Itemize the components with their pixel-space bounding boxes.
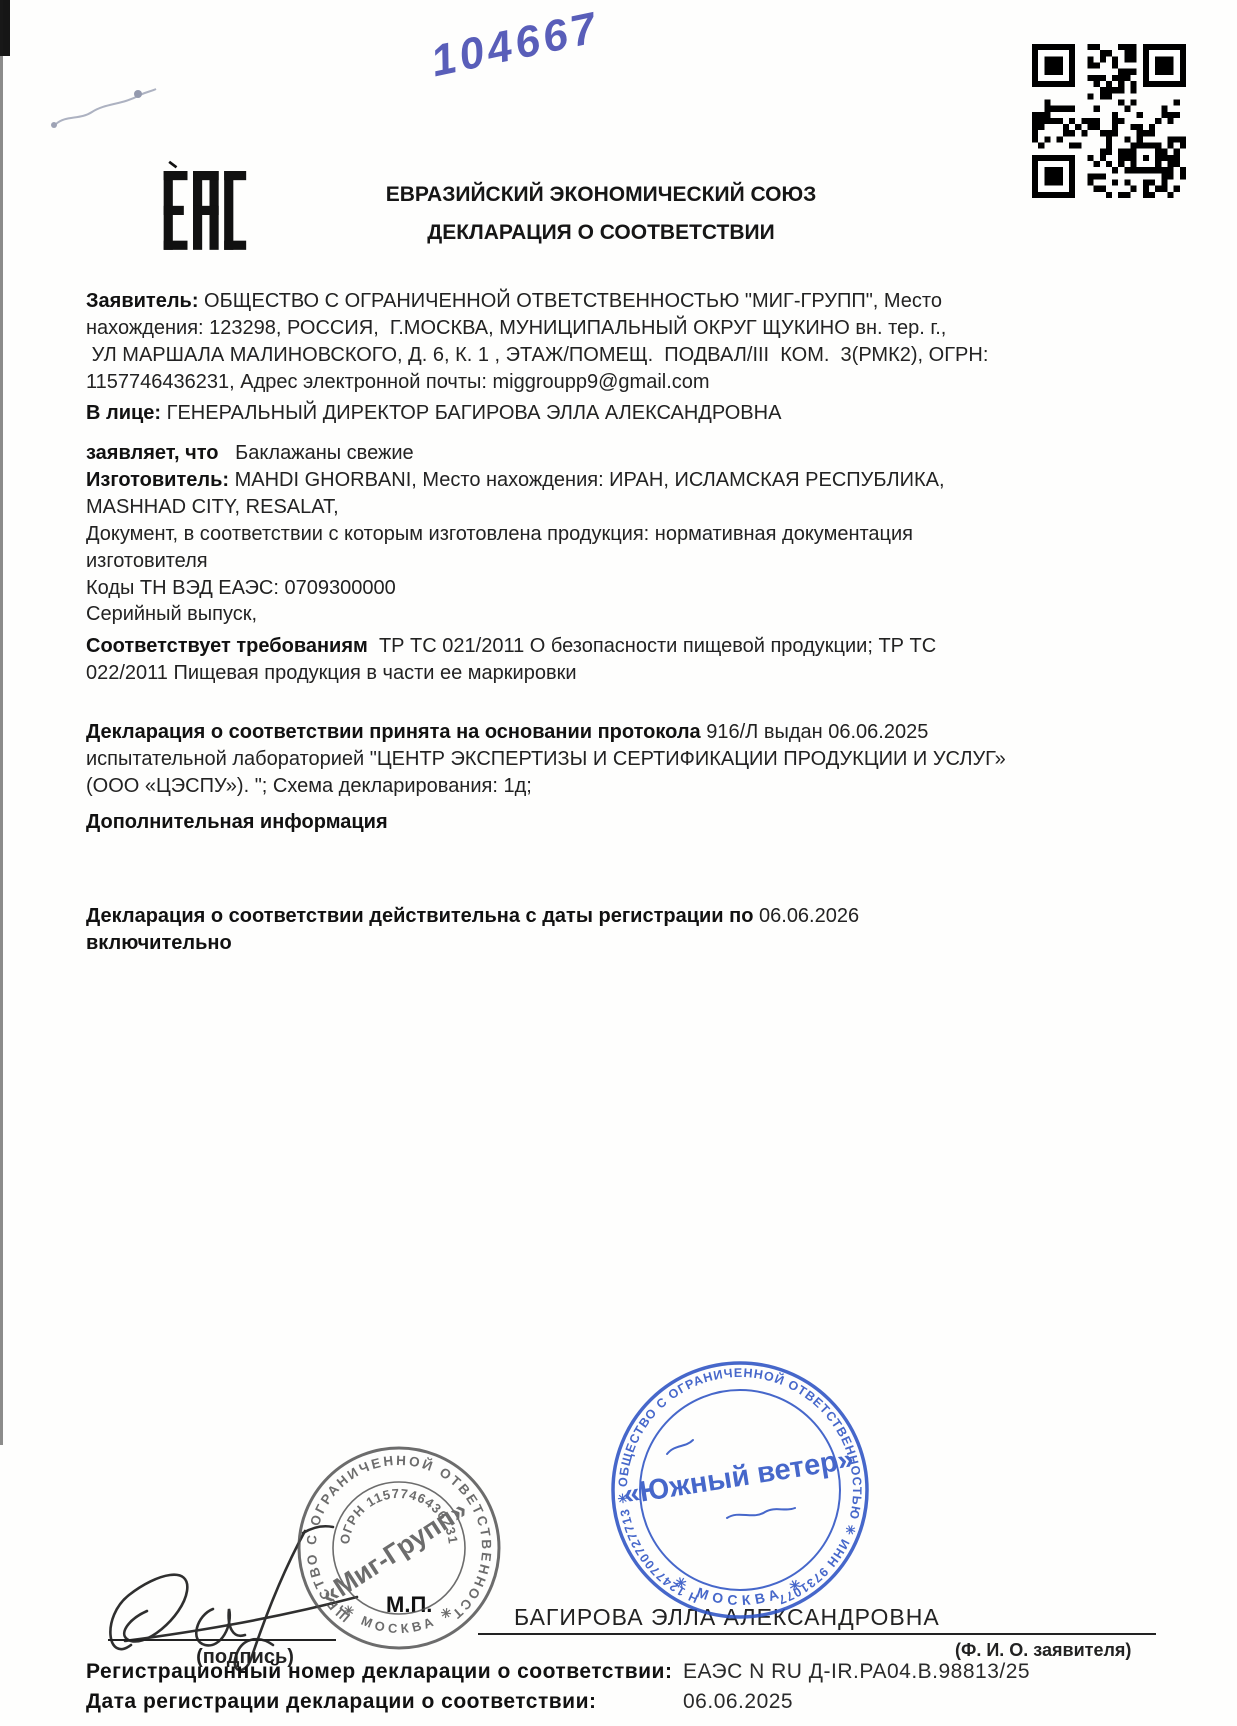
in-person-label: В лице: xyxy=(86,402,161,424)
applicant-full-name: БАГИРОВА ЭЛЛА АЛЕКСАНДРОВНА xyxy=(514,1604,940,1631)
basis-label: Декларация о соответствии принята на осн… xyxy=(86,721,701,743)
validity-paragraph: Декларация о соответствии действительна … xyxy=(86,903,1161,957)
blue-pen-marks xyxy=(667,1440,795,1518)
blue-stamp-ring-text: ОГРН 1247700727713 ✳ ОБЩЕСТВО С ОГРАНИЧЕ… xyxy=(600,1350,864,1607)
document-title: ДЕКЛАРАЦИЯ О СООТВЕТСТВИИ xyxy=(86,221,1116,245)
requirements-label: Соответствует требованиям xyxy=(86,635,368,657)
declares-label: заявляет, что xyxy=(86,442,219,464)
declares-text: Баклажаны свежие xyxy=(219,442,414,464)
union-title: ЕВРАЗИЙСКИЙ ЭКОНОМИЧЕСКИЙ СОЮЗ xyxy=(86,183,1116,207)
manufacturer-paragraph: Изготовитель: MAHDI GHORBANI, Место нахо… xyxy=(86,467,1161,521)
signature-line xyxy=(108,1639,336,1641)
handwritten-number: 104667 xyxy=(427,3,604,87)
blue-stamp-city-text: ✳ МОСКВА ✳ xyxy=(672,1573,809,1608)
reg-number-value: ЕАЭС N RU Д-IR.РА04.В.98813/25 xyxy=(683,1660,1030,1684)
qr-code xyxy=(1032,44,1186,203)
svg-text:✳ МОСКВА ✳: ✳ МОСКВА ✳ xyxy=(672,1573,809,1608)
basis-paragraph: Декларация о соответствии принята на осн… xyxy=(86,719,1161,800)
declaration-document: { "header": { "handwritten_number": "104… xyxy=(0,0,1237,1726)
manufacturer-label: Изготовитель: xyxy=(86,469,229,491)
stamp-place-label: М.П. xyxy=(386,1592,432,1618)
applicant-text: ОБЩЕСТВО С ОГРАНИЧЕННОЙ ОТВЕТСТВЕННОСТЬЮ… xyxy=(86,290,988,393)
pen-scribble xyxy=(38,72,168,136)
scan-edge-line xyxy=(0,0,3,1445)
product-doc-paragraph: Документ, в соответствии с которым изгот… xyxy=(86,521,1161,575)
tnved-paragraph: Коды ТН ВЭД ЕАЭС: 0709300000 xyxy=(86,575,1161,602)
reg-date-label: Дата регистрации декларации о соответств… xyxy=(86,1690,597,1714)
validity-date: 06.06.2026 xyxy=(753,905,859,927)
declares-paragraph: заявляет, что Баклажаны свежие xyxy=(86,440,1161,467)
fio-line xyxy=(478,1633,1156,1635)
reg-date-value: 06.06.2025 xyxy=(683,1690,793,1714)
svg-text:ОГРН 1247700727713 ✳ ОБЩЕСТВО: ОГРН 1247700727713 ✳ ОБЩЕСТВО С ОГРАНИЧЕ… xyxy=(600,1350,864,1607)
blue-round-stamp: ОГРН 1247700727713 ✳ ОБЩЕСТВО С ОГРАНИЧЕ… xyxy=(600,1350,880,1630)
in-person-text: ГЕНЕРАЛЬНЫЙ ДИРЕКТОР БАГИРОВА ЭЛЛА АЛЕКС… xyxy=(161,402,781,424)
blue-stamp-center-text: «Южный ветер» xyxy=(621,1443,856,1511)
validity-label: Декларация о соответствии действительна … xyxy=(86,905,753,927)
applicant-label: Заявитель: xyxy=(86,290,199,312)
validity-suffix: включительно xyxy=(86,932,232,954)
serial-paragraph: Серийный выпуск, xyxy=(86,601,1161,628)
additional-info-paragraph: Дополнительная информация xyxy=(86,809,1161,836)
applicant-paragraph: Заявитель: ОБЩЕСТВО С ОГРАНИЧЕННОЙ ОТВЕТ… xyxy=(86,288,1161,396)
in-person-paragraph: В лице: ГЕНЕРАЛЬНЫЙ ДИРЕКТОР БАГИРОВА ЭЛ… xyxy=(86,400,1161,427)
fio-caption: (Ф. И. О. заявителя) xyxy=(955,1640,1131,1661)
requirements-paragraph: Соответствует требованиям ТР ТС 021/2011… xyxy=(86,633,1161,687)
reg-number-label: Регистрационный номер декларации о соотв… xyxy=(86,1660,672,1684)
